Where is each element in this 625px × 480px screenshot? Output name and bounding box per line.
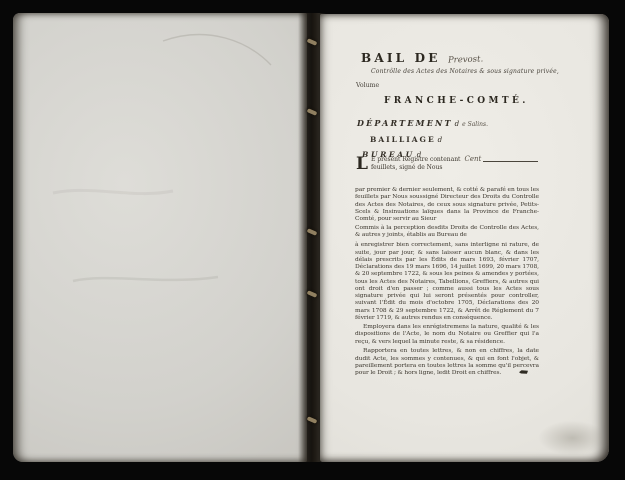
dropcap-letter: L [356, 157, 368, 171]
register-continuation: feuillets, signé de Nous [356, 164, 538, 172]
department-handwritten: e Salins. [462, 121, 488, 128]
volume-label: Volume [356, 82, 379, 89]
paragraph-commis: Commis à la perception desdits Droits de… [355, 225, 539, 240]
paragraph-rapportera: Rapportera en toutes lettres, & non en c… [355, 348, 539, 377]
register-intro: E présent Régistre contenant [371, 156, 461, 164]
register-statement: L E présent Régistre contenant Cent feui… [356, 156, 538, 171]
stitch-thread [307, 108, 318, 116]
printed-body: par premier & dernier seulement, & cotté… [355, 187, 539, 377]
paper-smudge [525, 414, 620, 462]
ink-bleed-marks [13, 13, 307, 462]
left-page [13, 13, 307, 462]
subtitle: Contrôlle des Actes des Notaires & sous … [371, 68, 559, 75]
paragraph-enregistrer: à enregistrer bien correctement, sans in… [355, 242, 539, 322]
title-line: BAIL DEPrevost. [361, 47, 483, 66]
paragraph-employera: Employera dans les enrégistremens la nat… [355, 324, 539, 346]
book-scan: BAIL DEPrevost. Contrôlle des Actes des … [0, 0, 625, 480]
stitch-thread [307, 416, 318, 424]
province-heading: FRANCHE-COMTÉ. [384, 96, 529, 106]
stitch-thread [307, 228, 318, 236]
stitch-thread [307, 290, 318, 298]
stitch-thread [307, 38, 318, 46]
title-label: BAIL DE [361, 51, 441, 65]
paragraph-premier: par premier & dernier seulement, & cotté… [355, 187, 539, 223]
right-page: BAIL DEPrevost. Contrôlle des Actes des … [320, 14, 609, 462]
department-suffix: d [455, 120, 459, 128]
fill-in-rule [483, 161, 538, 162]
title-handwritten-name: Prevost. [447, 54, 483, 65]
register-handwritten-count: Cent [464, 156, 481, 164]
bailliage-suffix: d [438, 136, 442, 144]
register-intro-row: E présent Régistre contenant Cent [371, 156, 538, 164]
